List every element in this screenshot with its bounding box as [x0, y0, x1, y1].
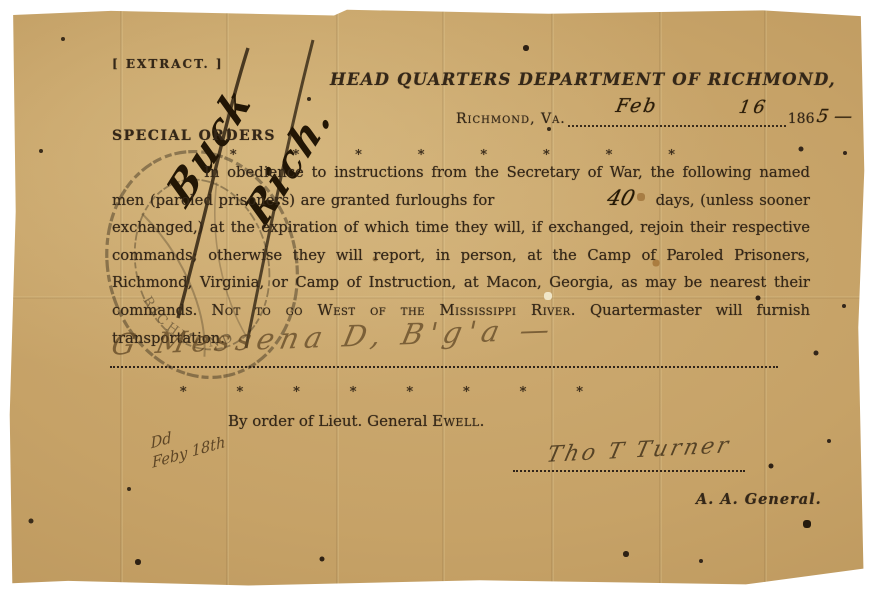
name-entry-line: G Messena D, B'g'a — [106, 318, 790, 374]
paper-specks [8, 8, 10, 10]
handwritten-year-digit: 5 — [815, 106, 854, 127]
handwritten-signature: Tho T Turner [544, 433, 733, 468]
document-title: HEAD QUARTERS DEPARTMENT OF RICHMOND, [330, 70, 816, 89]
handwritten-day: 16 [737, 97, 770, 118]
signature-block: Tho T Turner [513, 436, 753, 484]
dotted-rule [513, 470, 745, 472]
dotted-rule [110, 366, 778, 368]
document-paper: RICHMOND Buck Rich. [ EXTRACT. ] HEAD QU… [8, 8, 866, 589]
dateline-dotted-leader: Feb 16 [568, 107, 786, 127]
dateline-place: Richmond, Va. [456, 111, 566, 127]
body-after-days: days, (unless sooner exchanged,) at the … [112, 192, 810, 319]
by-order-line: By order of Lieut. General Ewell. [228, 412, 485, 430]
handwritten-filing-note: Dd Feby 18th [150, 413, 226, 473]
asterisk-row: * * * * * * * * [180, 385, 583, 400]
handwritten-furlough-days: 40 [497, 188, 652, 209]
by-order-general-name: Ewell. [432, 412, 485, 430]
aa-general-label: A. A. General. [696, 491, 822, 508]
by-order-prefix: By order of Lieut. General [228, 412, 432, 430]
handwritten-month: Feb [614, 95, 659, 117]
dateline-year-printed: 186 [788, 111, 815, 127]
special-orders-label: SPECIAL ORDERS [112, 128, 276, 144]
dateline: Richmond, Va. Feb 16 186 5 — [456, 106, 852, 127]
extract-label: [ EXTRACT. ] [112, 57, 224, 71]
